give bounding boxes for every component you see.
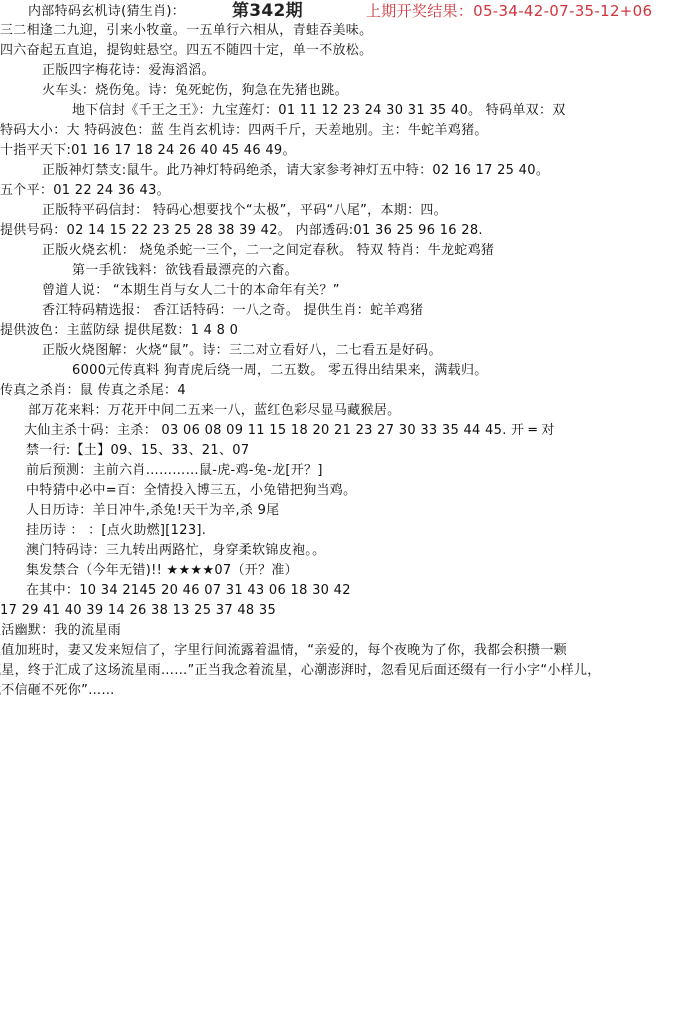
text-line: 地下信封《千王之王》：九宝莲灯：01 11 12 23 24 30 31 35 … [72, 101, 566, 121]
text-line: 曾道人说： “本期生肖与女人二十的本命年有关？” [42, 281, 340, 301]
text-line: 正版火烧玄机： 烧兔杀蛇一三个，二一之间定春秋。 特双 特肖：牛龙蛇鸡猪 [42, 241, 494, 261]
text-line: 第一手欲钱料：欲钱看最漂亮的六畜。 [72, 261, 298, 281]
text-line: 集发禁合（今年无错)!! ★★★★07（开？准） [26, 561, 298, 581]
text-line: 香江特码精选报： 香江话特码：一八之奇。 提供生肖：蛇羊鸡猪 [42, 301, 423, 321]
text-line: 火车头：烧伤兔。诗：兔死蛇伤，狗急在先猪也跳。 [42, 81, 348, 101]
last-result: 上期开奖结果：05-34-42-07-35-12+06 [366, 1, 652, 21]
text-line: 正版特平码信封： 特码心想要找个“太极”，平码“八尾”，本期：四。 [42, 201, 447, 221]
text-line: 大仙主杀十码：主杀： 03 06 08 09 11 15 18 20 21 23… [24, 421, 555, 441]
text-line: 十指平天下:01 16 17 18 24 26 40 45 46 49。 [0, 141, 296, 161]
text-line: 四六奋起五直追，提钩蛀悬空。四五不随四十定，单一不放松。 [0, 41, 372, 61]
text-line: 6000元传真料 狗青虎后绕一周，二五数。 零五得出结果来，满载归。 [72, 361, 488, 381]
text-line: 部万花来料：万花开中间二五来一八，蓝红色彩尽显马藏猴居。 [28, 401, 400, 421]
text-line: 人日历诗：羊日冲牛,杀兔!天干为辛,杀 9尾 [26, 501, 279, 521]
text-line: 中特猜中必中=百：全情投入博三五，小兔错把狗当鸡。 [26, 481, 356, 501]
text-line: 传真之杀肖：鼠 传真之杀尾：4 [0, 381, 186, 401]
text-line: 正版神灯禁支:鼠牛。此乃神灯特码绝杀，请大家参考神灯五中特：02 16 17 2… [42, 161, 549, 181]
poem-title: 内部特码玄机诗(猜生肖)： [28, 2, 185, 22]
text-line: 澳门特码诗：三九转出两路忙，身穿柔软锦皮袍。。 [26, 541, 325, 561]
text-line: 前后预测：主前六肖…………鼠-虎-鸡-兔-龙[开？] [26, 461, 323, 481]
text-line: 提供号码：02 14 15 22 23 25 28 38 39 42。 内部透码… [0, 221, 483, 241]
text-line: 禁一行:【土】09、15、33、21、07 [26, 441, 249, 461]
text-line: 正版火烧图解：火烧“鼠”。诗：三二对立看好八，二七看五是好码。 [42, 341, 442, 361]
text-line: 三二相逢二九迎，引来小牧童。一五单行六相从，青蛙吞美味。 [0, 21, 372, 41]
text-line: 17 29 41 40 39 14 26 38 13 25 37 48 35 [0, 601, 276, 621]
issue-number: 第342期 [232, 1, 303, 21]
text-line: 生活幽默：我的流星雨 [0, 621, 121, 641]
text-line: 提供波色：主蓝防绿 提供尾数：1 4 8 0 [0, 321, 238, 341]
text-line: 流星，终于汇成了这场流星雨……”正当我念着流星，心潮澎湃时，忽看见后面还缀有一行… [0, 661, 601, 681]
last-result-label: 上期开奖结果： [366, 2, 473, 20]
text-line: 特码大小：大 特码波色：蓝 生肖玄机诗：四两千斤，天差地别。主：牛蛇羊鸡猪。 [0, 121, 488, 141]
text-line: 挂历诗 ： ：[点火助燃][123]. [26, 521, 206, 541]
text-line: 正版四字梅花诗：爱海滔滔。 [42, 61, 215, 81]
text-line: 正值加班时，妻又发来短信了，字里行间流露着温情，“亲爱的，每个夜晚为了你，我都会… [0, 641, 567, 661]
last-result-numbers: 05-34-42-07-35-12+06 [473, 2, 652, 20]
text-line: 就不信砸不死你”…… [0, 681, 115, 701]
text-line: 在其中：10 34 2145 20 46 07 31 43 06 18 30 4… [26, 581, 351, 601]
text-line: 五个平：01 22 24 36 43。 [0, 181, 170, 201]
